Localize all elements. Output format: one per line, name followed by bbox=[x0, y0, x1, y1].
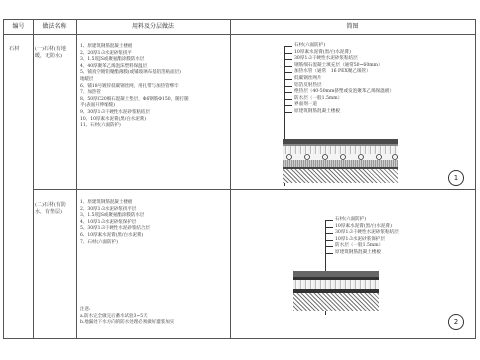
step: 3、1.5厚JS或聚氨酯涂膜防水层 bbox=[80, 57, 189, 64]
layer-label: 低碳钢丝网片 bbox=[284, 76, 394, 83]
header-diagram: 简图 bbox=[230, 20, 475, 34]
method-name-1: (一)石材(有地暖，无防水) bbox=[35, 46, 75, 60]
step: 5、铺真空镀铝聚酯薄膜(或铺玻璃布基铝箔贴面层) bbox=[80, 70, 189, 77]
notes: 注意: a.防水完全做完后蓄水试验3~5天 b.地漏处下水方向的防水处理必须做好… bbox=[80, 307, 174, 327]
step: 平(表面开伸缩缝) bbox=[80, 103, 189, 110]
layer-label: 原建筑钢筋混凝土楼板 bbox=[325, 250, 399, 257]
step: 7、石材(六面防护) bbox=[80, 240, 150, 247]
header-code: 编号 bbox=[4, 20, 33, 34]
notes-title: 注意: bbox=[80, 307, 174, 314]
layer-label: 加热水管（通常 16 PEX聚乙烯管） bbox=[284, 69, 394, 76]
method-name-2: (二)石材(有防水，有垫层) bbox=[35, 202, 75, 216]
step: 11、石材(六面防护) bbox=[80, 123, 189, 130]
step: 9、30厚1:3干硬性水泥砂浆粘结层 bbox=[80, 110, 189, 117]
step: 1、原建筑钢筋混凝土楼板 bbox=[80, 44, 189, 51]
note: b.地漏处下水方向的防水处理必须做好灌浆加实 bbox=[80, 320, 174, 327]
detail-number-1: 1 bbox=[448, 170, 464, 186]
layer-label: 防水层（一般1.5mm） bbox=[325, 243, 399, 250]
step: 3、1.5厚JS或聚氨酯涂膜防水层 bbox=[80, 213, 150, 220]
materials-list-2: 1、原建筑钢筋混凝土楼板 2、30厚1:3水泥砂浆找平层 3、1.5厚JS或聚氨… bbox=[80, 200, 150, 246]
layer-label: 原建筑钢筋混凝土楼板 bbox=[284, 109, 394, 116]
floor-section-diagram-1 bbox=[283, 139, 398, 183]
diagram-2-labels: 石材(六面防护) 10厚素水泥膏(黑/白水泥膏) 30厚1:3干硬性水泥砂浆粘结… bbox=[325, 217, 399, 257]
step: 7、加热管 bbox=[80, 90, 189, 97]
layer-label: 界面剂一道 bbox=[284, 102, 394, 109]
diagram-1-labels: 石材(六面防护) 10厚素水泥膏(黑/白水泥膏) 30厚1:3干硬性水泥砂浆粘结… bbox=[284, 43, 394, 116]
column-divider bbox=[230, 20, 231, 338]
row-divider bbox=[33, 189, 475, 190]
layer-label: 绝热层（40-50mm挤塑或发泡聚苯乙烯保温板） bbox=[284, 89, 394, 96]
layer-label: 30厚1:3干硬性水泥砂浆粘结层 bbox=[284, 56, 394, 63]
layer-label: 石材(六面防护) bbox=[284, 43, 394, 50]
header-method-name: 做法名称 bbox=[33, 20, 76, 34]
step: 地暖层 bbox=[80, 77, 189, 84]
step: 1、原建筑钢筋混凝土楼板 bbox=[80, 200, 150, 207]
category-label: 石材 bbox=[9, 46, 19, 52]
header-materials: 用料及分层做法 bbox=[76, 20, 230, 34]
construction-table: 编号 做法名称 用料及分层做法 简图 石材 (一)石材(有地暖，无防水) 1、原… bbox=[3, 19, 476, 339]
layer-label: 30厚1:3干硬性水泥砂浆粘结层 bbox=[325, 230, 399, 237]
layer-label: 石材(六面防护) bbox=[325, 217, 399, 224]
step: 6、10厚素水泥膏(黑/白水泥膏) bbox=[80, 233, 150, 240]
floor-section-diagram-2 bbox=[293, 271, 379, 311]
column-divider bbox=[33, 20, 34, 338]
header-divider bbox=[4, 34, 475, 35]
materials-list-1: 1、原建筑钢筋混凝土楼板 2、20厚1:3水泥砂浆找平 3、1.5厚JS或聚氨酯… bbox=[80, 44, 189, 130]
column-divider bbox=[76, 20, 77, 338]
step: 5、30厚1:3干硬性水泥砂浆结合层 bbox=[80, 226, 150, 233]
detail-number-2: 2 bbox=[448, 314, 464, 330]
